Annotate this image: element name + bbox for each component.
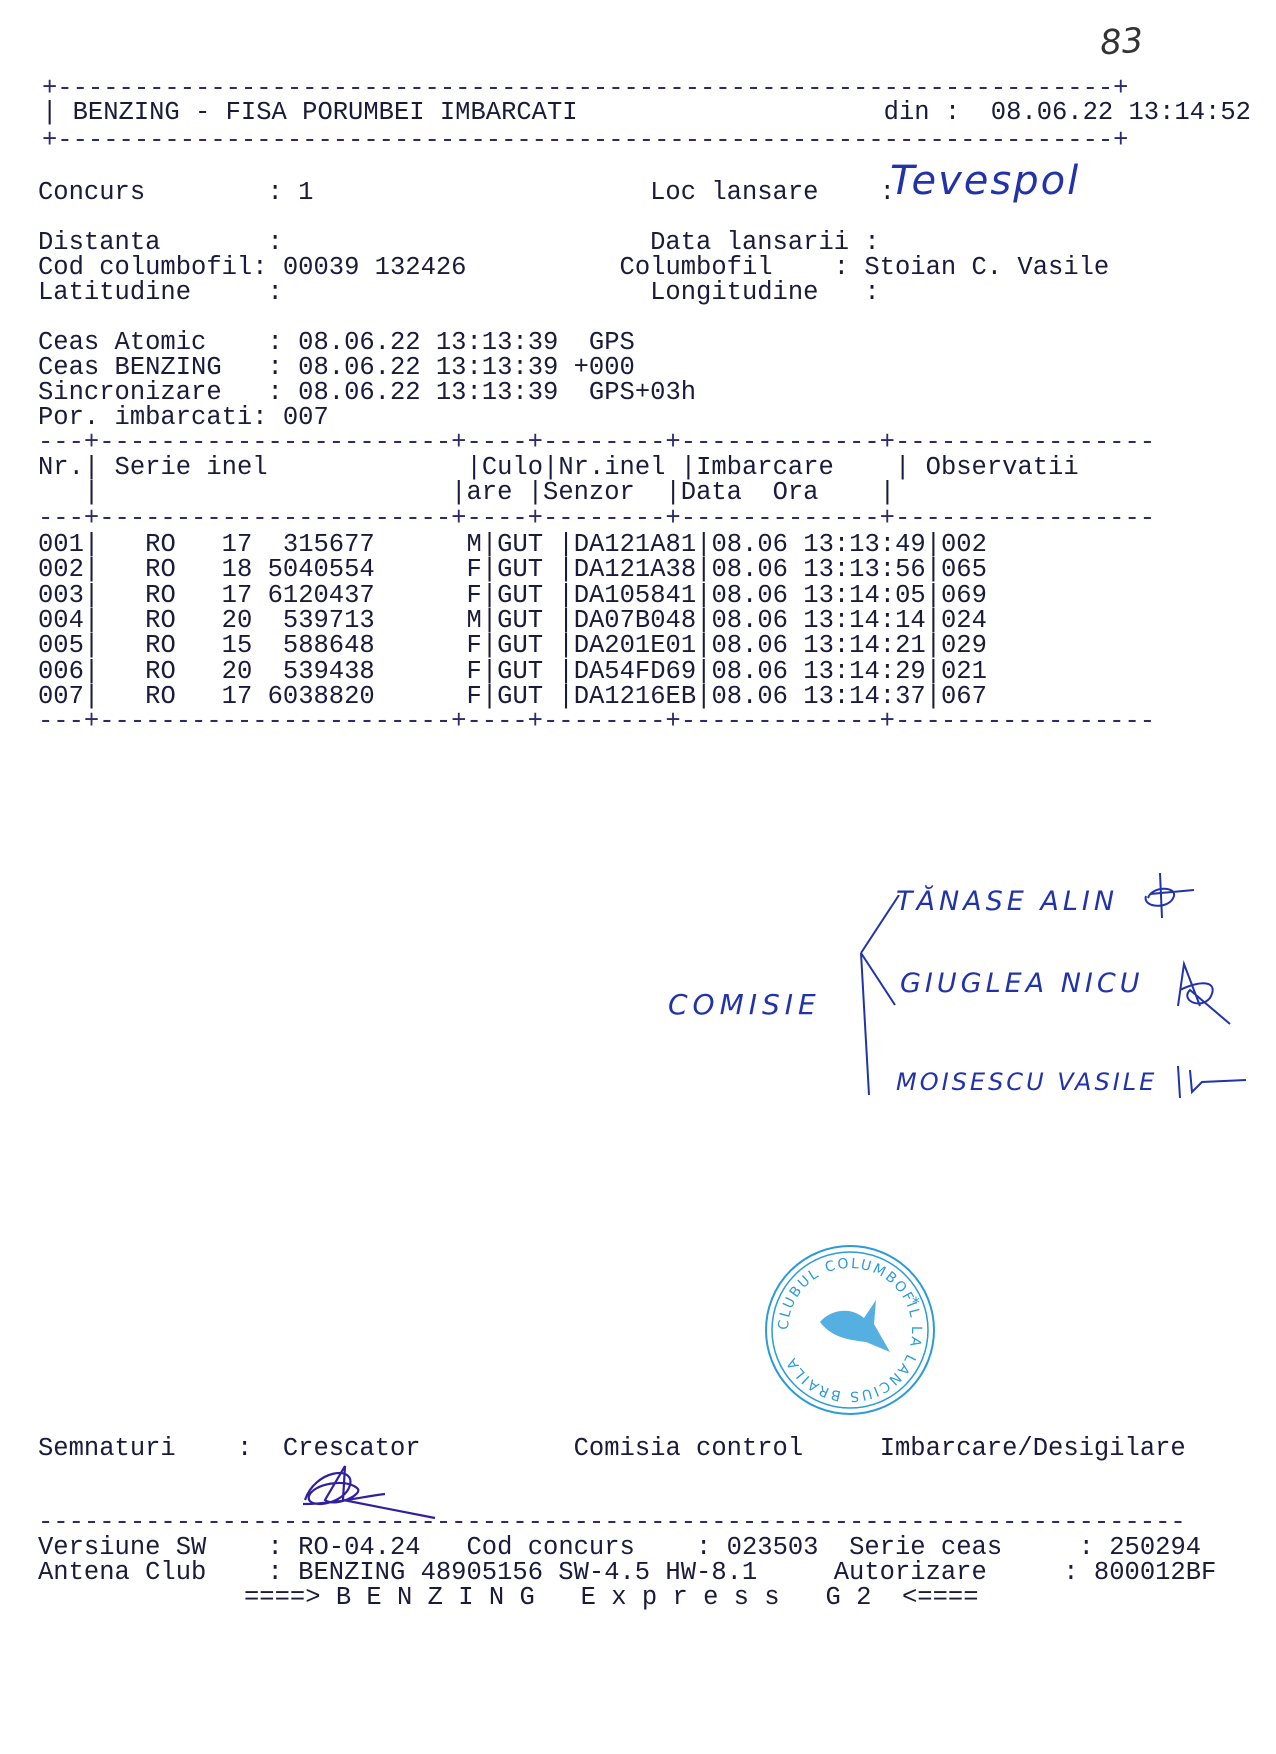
table-border-top: ---+-----------------------+----+-------… bbox=[38, 430, 1155, 455]
latitudine-row: Latitudine : Longitudine : bbox=[38, 280, 895, 305]
initials-signature-3 bbox=[1172, 1062, 1252, 1102]
table-header-row-2: | |are |Senzor |Data Ora | bbox=[38, 480, 895, 505]
concurs-value: 1 bbox=[298, 178, 313, 207]
header-border-bottom: +---------------------------------------… bbox=[42, 128, 1128, 153]
longitudine-label: Longitudine bbox=[650, 278, 818, 307]
table-header-separator: ---+-----------------------+----+-------… bbox=[38, 506, 1155, 531]
din-value: 08.06.22 13:14:52 bbox=[991, 98, 1251, 127]
document-title: BENZING - FISA PORUMBEI IMBARCATI bbox=[73, 98, 578, 127]
col-header-observatii: Observatii bbox=[926, 453, 1079, 482]
loc-lansare-label: Loc lansare bbox=[650, 178, 818, 207]
table-border-bottom: ---+-----------------------+----+-------… bbox=[38, 709, 1155, 734]
table-row: 004| RO 20 539713 M|GUT |DA07B048|08.06 … bbox=[38, 608, 987, 633]
footer-row-2: Antena Club : BENZING 48905156 SW-4.5 HW… bbox=[38, 1560, 1216, 1585]
sincronizare-row: Sincronizare : 08.06.22 13:13:39 GPS+03h bbox=[38, 380, 696, 405]
din-label: din : bbox=[884, 98, 961, 127]
ceas-benzing-row: Ceas BENZING : 08.06.22 13:13:39 +000 bbox=[38, 355, 635, 380]
columbofil-value: Stoian C. Vasile bbox=[864, 253, 1109, 282]
concurs-label: Concurs bbox=[38, 178, 145, 207]
sincronizare-suffix: GPS+03h bbox=[574, 378, 696, 407]
table-row: 007| RO 17 6038820 F|GUT |DA1216EB|08.06… bbox=[38, 684, 987, 709]
table-row: 005| RO 15 588648 F|GUT |DA201E01|08.06 … bbox=[38, 633, 987, 658]
latitudine-label: Latitudine bbox=[38, 278, 191, 307]
initials-signature-2 bbox=[1170, 960, 1240, 1030]
footer-banner: ====> B E N Z I N G E x p r e s s G 2 <=… bbox=[244, 1585, 979, 1610]
crescator-label: Crescator bbox=[283, 1434, 421, 1463]
col-header-data-ora: Data Ora bbox=[681, 478, 819, 507]
commission-bracket bbox=[855, 895, 905, 1095]
antena-club-label: Antena Club bbox=[38, 1558, 206, 1587]
semnaturi-label: Semnaturi bbox=[38, 1434, 176, 1463]
commission-member-2: GIUGLEA NICU bbox=[900, 968, 1144, 999]
signatures-row: Semnaturi : Crescator Comisia control Im… bbox=[38, 1436, 1186, 1461]
header-row: | BENZING - FISA PORUMBEI IMBARCATI din … bbox=[42, 100, 1276, 125]
svg-text:*: * bbox=[912, 1293, 920, 1312]
col-header-senzor: Senzor bbox=[543, 478, 635, 507]
distanta-row: Distanta : Data lansarii : bbox=[38, 230, 895, 255]
table-row: 006| RO 20 539438 F|GUT |DA54FD69|08.06 … bbox=[38, 659, 987, 684]
table-row: 003| RO 17 6120437 F|GUT |DA105841|08.06… bbox=[38, 583, 987, 608]
table-row: 001| RO 17 315677 M|GUT |DA121A81|08.06 … bbox=[38, 532, 987, 557]
comisia-control-label: Comisia control bbox=[574, 1434, 804, 1463]
footer-row-1: Versiune SW : RO-04.24 Cod concurs : 023… bbox=[38, 1535, 1201, 1560]
por-imbarcati-row: Por. imbarcati: 007 bbox=[38, 405, 329, 430]
club-stamp: CLUBUL COLUMBOFIL LA LANCIUS BRAILA * bbox=[760, 1240, 940, 1420]
table-row: 002| RO 18 5040554 F|GUT |DA121A38|08.06… bbox=[38, 557, 987, 582]
col-header-culoare-2: are bbox=[466, 478, 512, 507]
initials-signature-1 bbox=[1140, 868, 1200, 928]
cod-columbofil-row: Cod columbofil: 00039 132426 Columbofil … bbox=[38, 255, 1109, 280]
commission-label: COMISIE bbox=[668, 988, 821, 1021]
sincronizare-value: 08.06.22 13:13:39 bbox=[298, 378, 558, 407]
handwritten-page-number: 83 bbox=[1099, 21, 1145, 64]
autorizare-value: 800012BF bbox=[1094, 1558, 1216, 1587]
footer-separator: ----------------------------------------… bbox=[38, 1510, 1186, 1535]
commission-member-3: MOISESCU VASILE bbox=[896, 1068, 1157, 1096]
commission-member-1: TĂNASE ALIN bbox=[896, 886, 1118, 917]
loc-lansare-value: Tevespol bbox=[890, 158, 1080, 204]
table-header-row-1: Nr.| Serie inel |Culo|Nr.inel |Imbarcare… bbox=[38, 455, 1079, 480]
concurs-row: Concurs : 1 Loc lansare : bbox=[38, 180, 895, 205]
ceas-atomic-row: Ceas Atomic : 08.06.22 13:13:39 GPS bbox=[38, 330, 635, 355]
imbarcare-desigilare-label: Imbarcare/Desigilare bbox=[880, 1434, 1186, 1463]
